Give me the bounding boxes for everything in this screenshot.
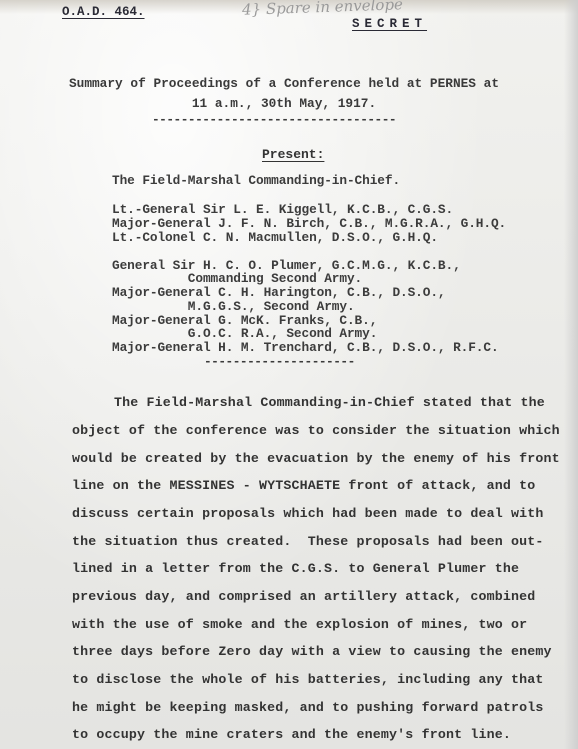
document-reference: O.A.D. 464. xyxy=(62,5,145,19)
body-line: The Field-Marshal Commanding-in-Chief st… xyxy=(114,395,545,410)
document-title-line-2: 11 a.m., 30th May, 1917. xyxy=(0,96,573,111)
body-line: to occupy the mine craters and the enemy… xyxy=(72,727,511,742)
body-line: the situation thus created. These propos… xyxy=(72,534,544,549)
attendees-divider: --------------------- xyxy=(204,354,355,369)
present-heading: Present: xyxy=(262,147,324,162)
attendee-line: Major-General C. H. Harington, C.B., D.S… xyxy=(112,285,446,300)
body-line: object of the conference was to consider… xyxy=(72,423,560,438)
title-divider: ---------------------------------- xyxy=(152,112,396,127)
attendee-line: The Field-Marshal Commanding-in-Chief. xyxy=(112,173,400,188)
body-line: would be created by the evacuation by th… xyxy=(72,451,560,466)
attendee-line: M.G.G.S., Second Army. xyxy=(112,299,355,314)
body-line: previous day, and comprised an artillery… xyxy=(72,589,535,604)
attendee-line: Commanding Second Army. xyxy=(112,271,362,286)
document-page: O.A.D. 464. 4} Spare in envelope SECRET … xyxy=(0,0,578,749)
classification-marking: SECRET xyxy=(352,17,427,31)
body-line: lined in a letter from the C.G.S. to Gen… xyxy=(72,561,519,576)
body-line: line on the MESSINES - WYTSCHAETE front … xyxy=(72,478,535,493)
attendee-line: Lt.-Colonel C. N. Macmullen, D.S.O., G.H… xyxy=(112,230,438,245)
body-line: discuss certain proposals which had been… xyxy=(72,506,544,521)
body-line: he might be keeping masked, and to pushi… xyxy=(72,700,544,715)
document-title-line-1: Summary of Proceedings of a Conference h… xyxy=(0,76,573,91)
attendee-line: Major-General J. F. N. Birch, C.B., M.G.… xyxy=(112,216,506,231)
body-line: three days before Zero day with a view t… xyxy=(72,644,552,659)
body-line: to disclose the whole of his batteries, … xyxy=(72,672,544,687)
attendee-line: G.O.C. R.A., Second Army. xyxy=(112,326,377,341)
handwritten-note: 4} Spare in envelope xyxy=(242,0,403,19)
attendee-line: Lt.-General Sir L. E. Kiggell, K.C.B., C… xyxy=(112,202,453,217)
attendee-line: Major-General H. M. Trenchard, C.B., D.S… xyxy=(112,340,499,355)
body-line: with the use of smoke and the explosion … xyxy=(72,617,527,632)
